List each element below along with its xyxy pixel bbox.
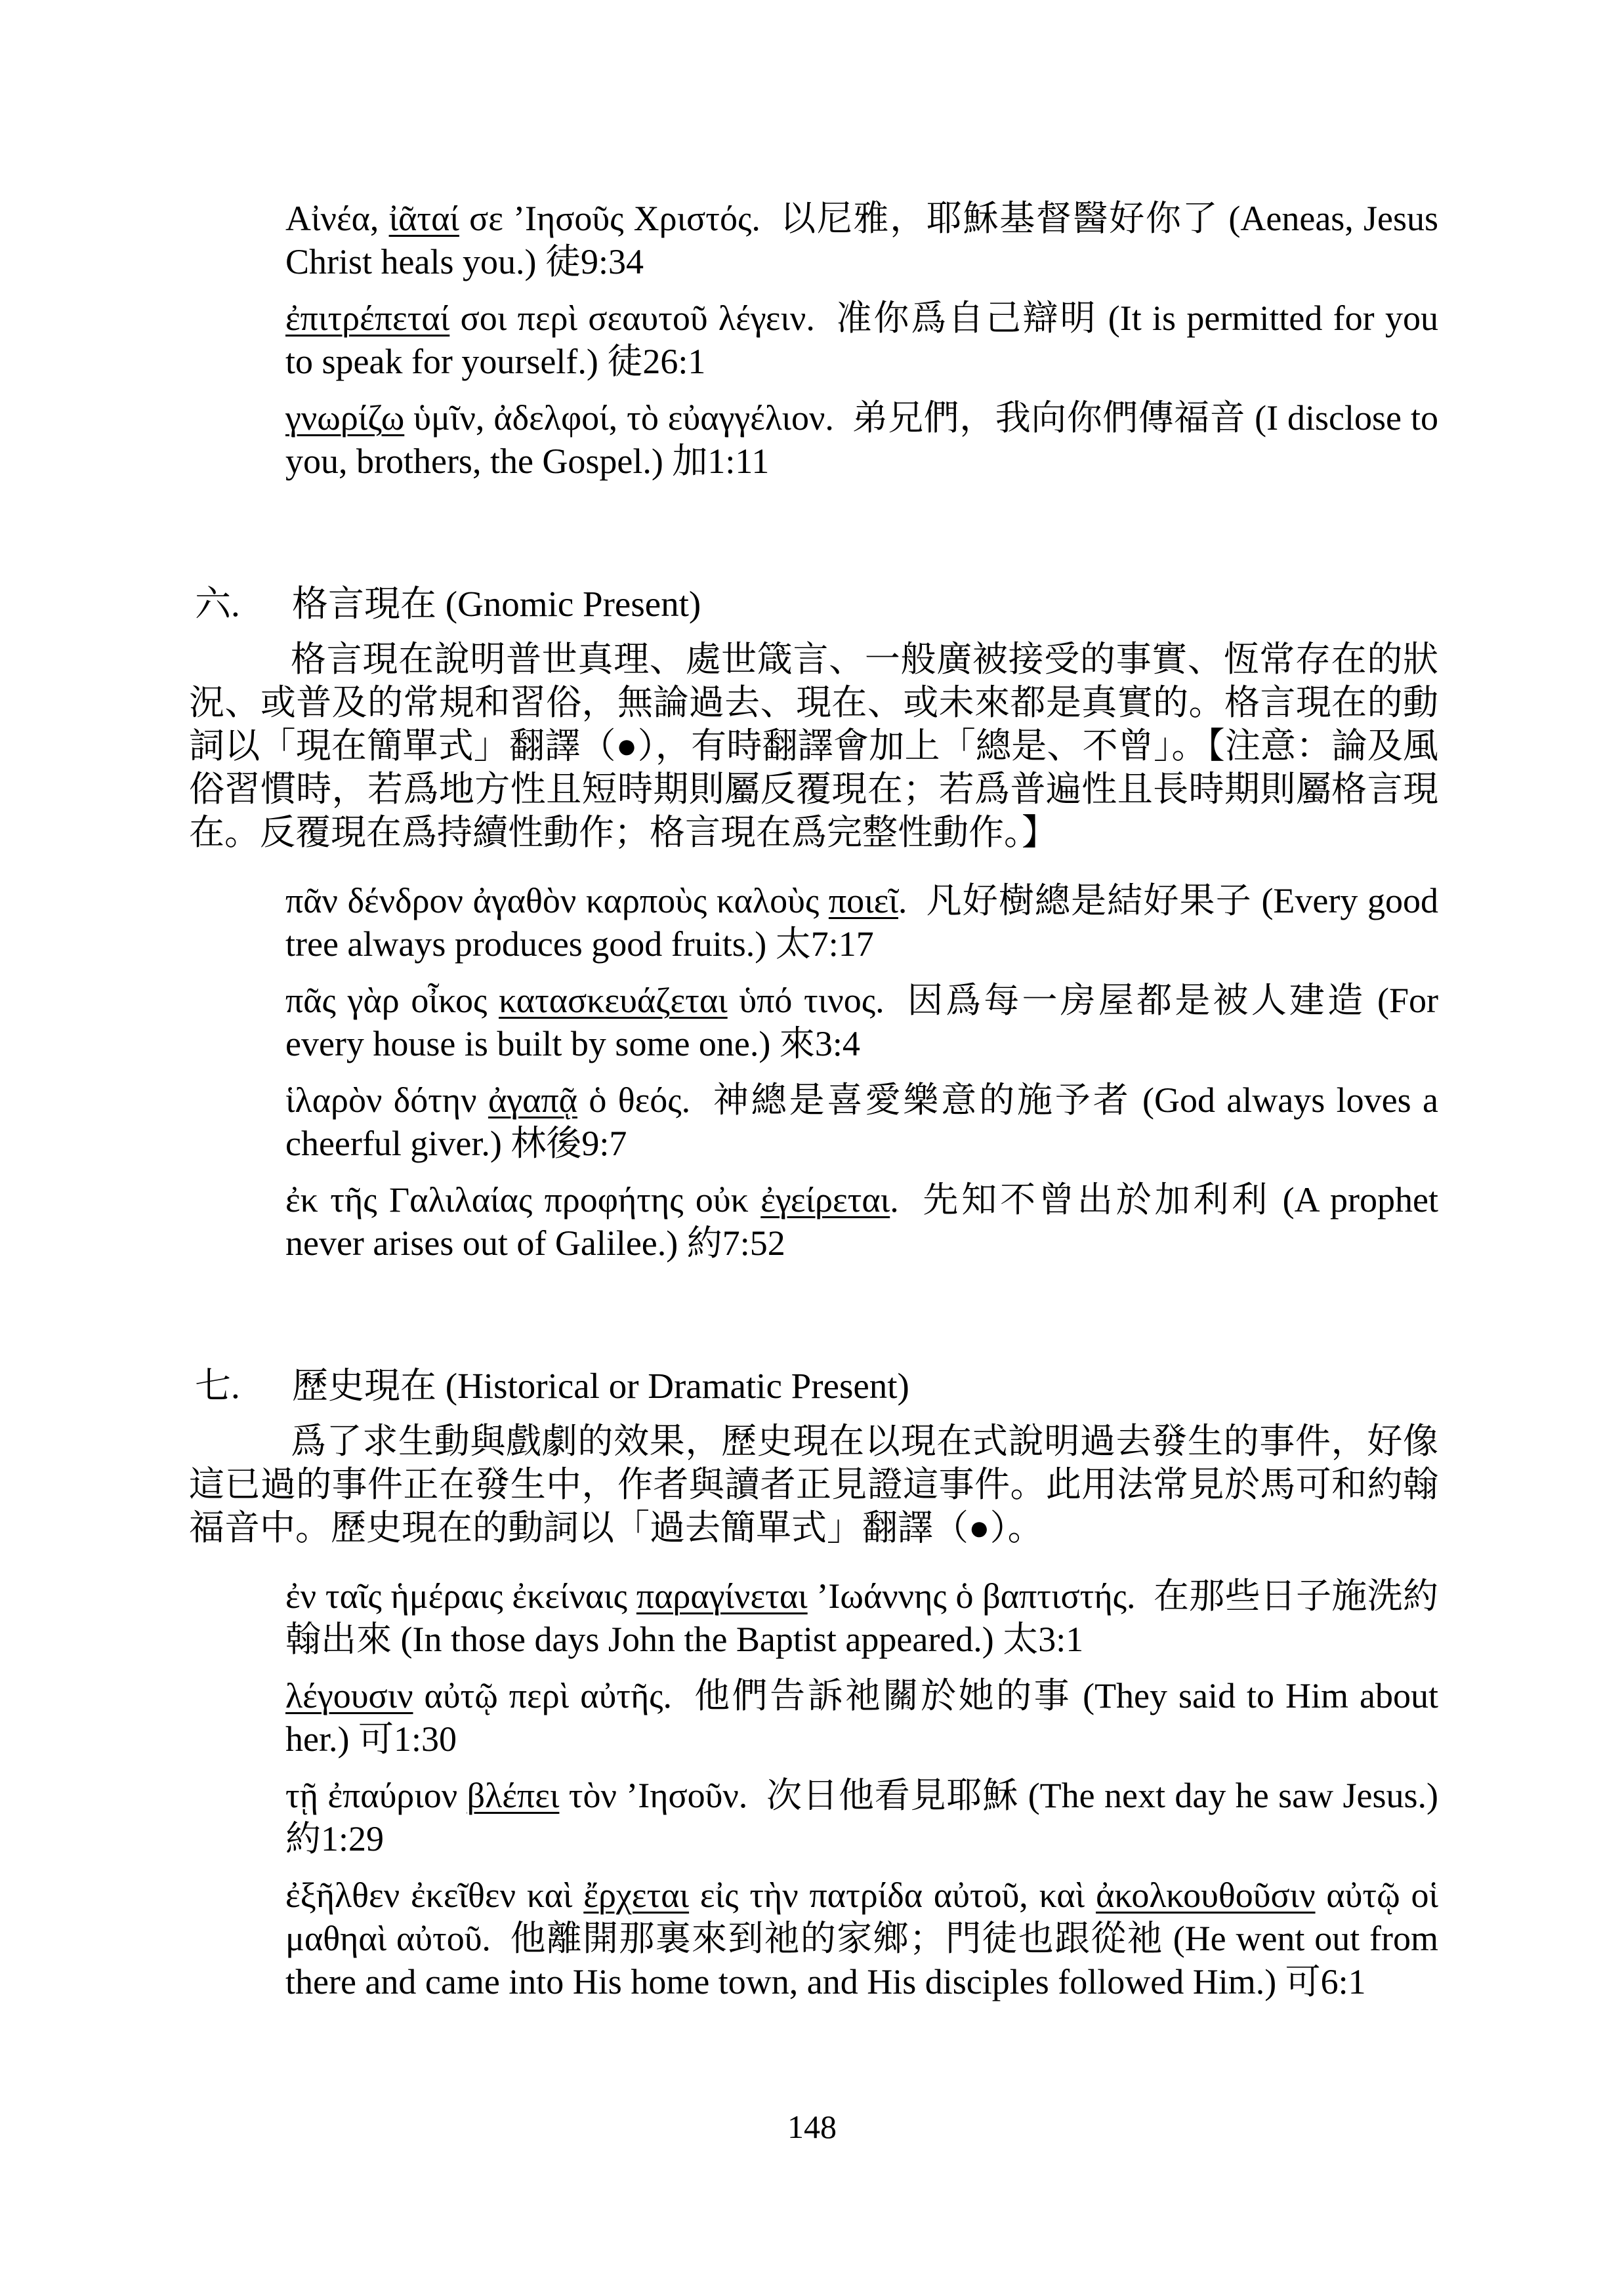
section-number: 七. (195, 1364, 292, 1408)
section-number: 六. (195, 583, 292, 626)
example-block: λέγουσιν αὐτῷ περὶ αὐτῆς. 他們告訴祂關於她的事 (Th… (285, 1674, 1438, 1761)
section: 六. 格言現在 (Gnomic Present) 格言現在說明普世真理、處世箴言… (189, 583, 1438, 1265)
underlined-greek-word: κατασκευάζεται (499, 981, 728, 1020)
text-segment: σοι περὶ σεαυτοῦ λέγειν. 准你爲自己辯明 (It is … (285, 298, 1447, 381)
example-block: Αἰνέα, ἰᾶταί σε ’Ιησοῦς Χριστός. 以尼雅，耶穌基… (285, 197, 1438, 283)
example-block: τῇ ἐπαύριον βλέπει τὸν ’Ιησοῦν. 次日他看見耶穌 … (285, 1774, 1438, 1860)
example-block: ἐκ τῆς Γαλιλαίας προφήτης οὐκ ἐγείρεται.… (285, 1178, 1438, 1265)
text-segment: Αἰνέα, (285, 199, 389, 238)
underlined-greek-word: ἰᾶταί (389, 199, 459, 238)
example-block: ἱλαρὸν δότην ἀγαπᾷ ὁ θεός. 神總是喜愛樂意的施予者 (… (285, 1078, 1438, 1165)
text-segment: ὑμῖν, ἀδελφοί, τὸ εὐαγγέλιον. 弟兄們，我向你們傳福… (285, 398, 1447, 481)
text-segment: ἐκ τῆς Γαλιλαίας προφήτης οὐκ (285, 1180, 760, 1220)
example-block: πᾶς γὰρ οἶκος κατασκευάζεται ὑπό τινος. … (285, 979, 1438, 1065)
section: 七. 歷史現在 (Historical or Dramatic Present)… (189, 1364, 1438, 2003)
intro-examples: Αἰνέα, ἰᾶταί σε ’Ιησοῦς Χριστός. 以尼雅，耶穌基… (189, 197, 1438, 483)
underlined-greek-word: λέγουσιν (285, 1676, 413, 1715)
section-paragraph: 格言現在說明普世真理、處世箴言、一般廣被接受的事實、恆常存在的狀況、或普及的常規… (189, 638, 1438, 854)
text-segment: ἐν ταῖς ἡμέραις ἐκείναις (285, 1576, 636, 1616)
text-segment: πᾶς γὰρ οἶκος (285, 981, 499, 1020)
section-paragraph: 爲了求生動與戲劇的效果，歷史現在以現在式說明過去發生的事件，好像這已過的事件正在… (189, 1420, 1438, 1549)
section-title: 歷史現在 (Historical or Dramatic Present) (292, 1364, 909, 1408)
section-examples: πᾶν δένδρον ἀγαθὸν καρποὺς καλοὺς ποιεῖ.… (189, 879, 1438, 1265)
underlined-greek-word: γνωρίζω (285, 398, 404, 438)
text-segment: πᾶν δένδρον ἀγαθὸν καρποὺς καλοὺς (285, 881, 829, 920)
text-segment: ἱλαρὸν δότην (285, 1080, 488, 1120)
example-block: ἐπιτρέπεταί σοι περὶ σεαυτοῦ λέγειν. 准你爲… (285, 297, 1438, 383)
section-title: 格言現在 (Gnomic Present) (292, 583, 701, 626)
underlined-greek-word: ἀγαπᾷ (488, 1080, 577, 1120)
sections-container: 六. 格言現在 (Gnomic Present) 格言現在說明普世真理、處世箴言… (189, 583, 1438, 2003)
text-segment: ἐξῆλθεν ἐκεῖθεν καὶ (285, 1876, 583, 1915)
section-examples: ἐν ταῖς ἡμέραις ἐκείναις παραγίνεται ’Ιω… (189, 1574, 1438, 2003)
example-block: ἐν ταῖς ἡμέραις ἐκείναις παραγίνεται ’Ιω… (285, 1574, 1438, 1661)
underlined-greek-word: ἀκολκουθοῦσιν (1096, 1876, 1315, 1915)
text-segment: τῇ ἐπαύριον (285, 1776, 467, 1815)
text-segment: αὐτῷ περὶ αὐτῆς. 他們告訴祂關於她的事 (They said t… (285, 1676, 1447, 1759)
underlined-greek-word: ἐγείρεται (760, 1180, 890, 1220)
page-number: 148 (0, 2107, 1624, 2146)
section-heading: 六. 格言現在 (Gnomic Present) (189, 583, 1438, 626)
underlined-greek-word: παραγίνεται (636, 1576, 808, 1616)
example-block: πᾶν δένδρον ἀγαθὸν καρποὺς καλοὺς ποιεῖ.… (285, 879, 1438, 966)
underlined-greek-word: βλέπει (467, 1776, 560, 1815)
example-block: γνωρίζω ὑμῖν, ἀδελφοί, τὸ εὐαγγέλιον. 弟兄… (285, 396, 1438, 483)
section-heading: 七. 歷史現在 (Historical or Dramatic Present) (189, 1364, 1438, 1408)
text-segment: σε ’Ιησοῦς Χριστός. 以尼雅，耶穌基督醫好你了 (Aeneas… (285, 199, 1447, 281)
document-page: Αἰνέα, ἰᾶταί σε ’Ιησοῦς Χριστός. 以尼雅，耶穌基… (0, 0, 1624, 2017)
underlined-greek-word: ποιεῖ (829, 881, 898, 920)
underlined-greek-word: ἔρχεται (583, 1876, 689, 1915)
text-segment: εἰς τὴν πατρίδα αὐτοῦ, καὶ (689, 1876, 1096, 1915)
underlined-greek-word: ἐπιτρέπεταί (285, 298, 449, 338)
example-block: ἐξῆλθεν ἐκεῖθεν καὶ ἔρχεται εἰς τὴν πατρ… (285, 1874, 1438, 2003)
